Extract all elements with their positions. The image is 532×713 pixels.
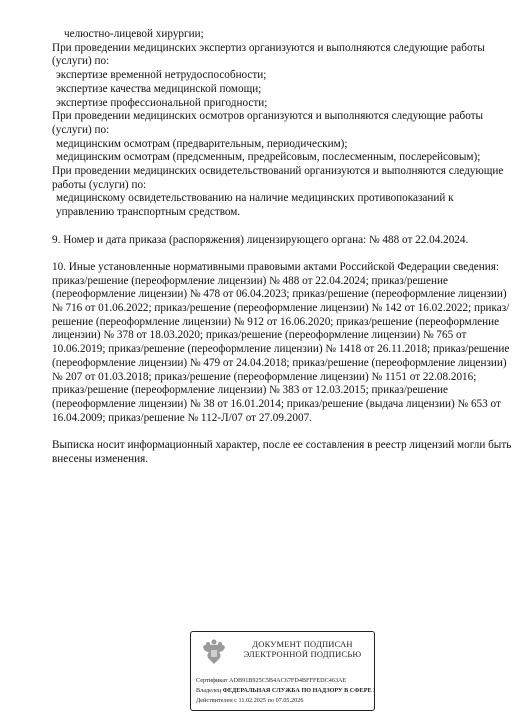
document-body: челюстно-лицевой хирургии;При проведении… <box>52 28 514 466</box>
services-list: челюстно-лицевой хирургии;При проведении… <box>52 28 514 220</box>
document-line: медицинским осмотрам (предсменным, предр… <box>52 151 514 165</box>
document-line: медицинскому освидетельствованию на нали… <box>52 192 514 219</box>
stamp-title: ДОКУМЕНТ ПОДПИСАН ЭЛЕКТРОННОЙ ПОДПИСЬЮ <box>235 639 370 659</box>
document-line: При проведении медицинских осмотров орга… <box>52 110 514 137</box>
owner-row: Владелец ФЕДЕРАЛЬНАЯ СЛУЖБА ПО НАДЗОРУ В… <box>196 687 375 695</box>
document-page: челюстно-лицевой хирургии;При проведении… <box>0 0 532 713</box>
document-line: экспертизе профессиональной пригодности; <box>52 97 514 111</box>
section-10-other-info: 10. Иные установленные нормативными прав… <box>52 261 514 425</box>
disclaimer: Выписка носит информационный характер, п… <box>52 439 514 466</box>
document-line: экспертизе качества медицинской помощи; <box>52 83 514 97</box>
section-9-order: 9. Номер и дата приказа (распоряжения) л… <box>52 234 514 248</box>
document-line: медицинским осмотрам (предварительным, п… <box>52 138 514 152</box>
document-line: При проведении медицинских освидетельств… <box>52 165 514 192</box>
certificate-row: Сертификат ADB91B925C5B4AC67FD4BFFFEDC46… <box>196 677 346 685</box>
document-line: челюстно-лицевой хирургии; <box>52 28 514 42</box>
double-headed-eagle-emblem-icon <box>201 637 227 667</box>
electronic-signature-stamp: ДОКУМЕНТ ПОДПИСАН ЭЛЕКТРОННОЙ ПОДПИСЬЮ С… <box>190 631 375 711</box>
document-line: экспертизе временной нетрудоспособности; <box>52 69 514 83</box>
validity-row: Действителен с 11.02.2025 по 07.05.2026 <box>196 697 303 705</box>
document-line: При проведении медицинских экспертиз орг… <box>52 42 514 69</box>
